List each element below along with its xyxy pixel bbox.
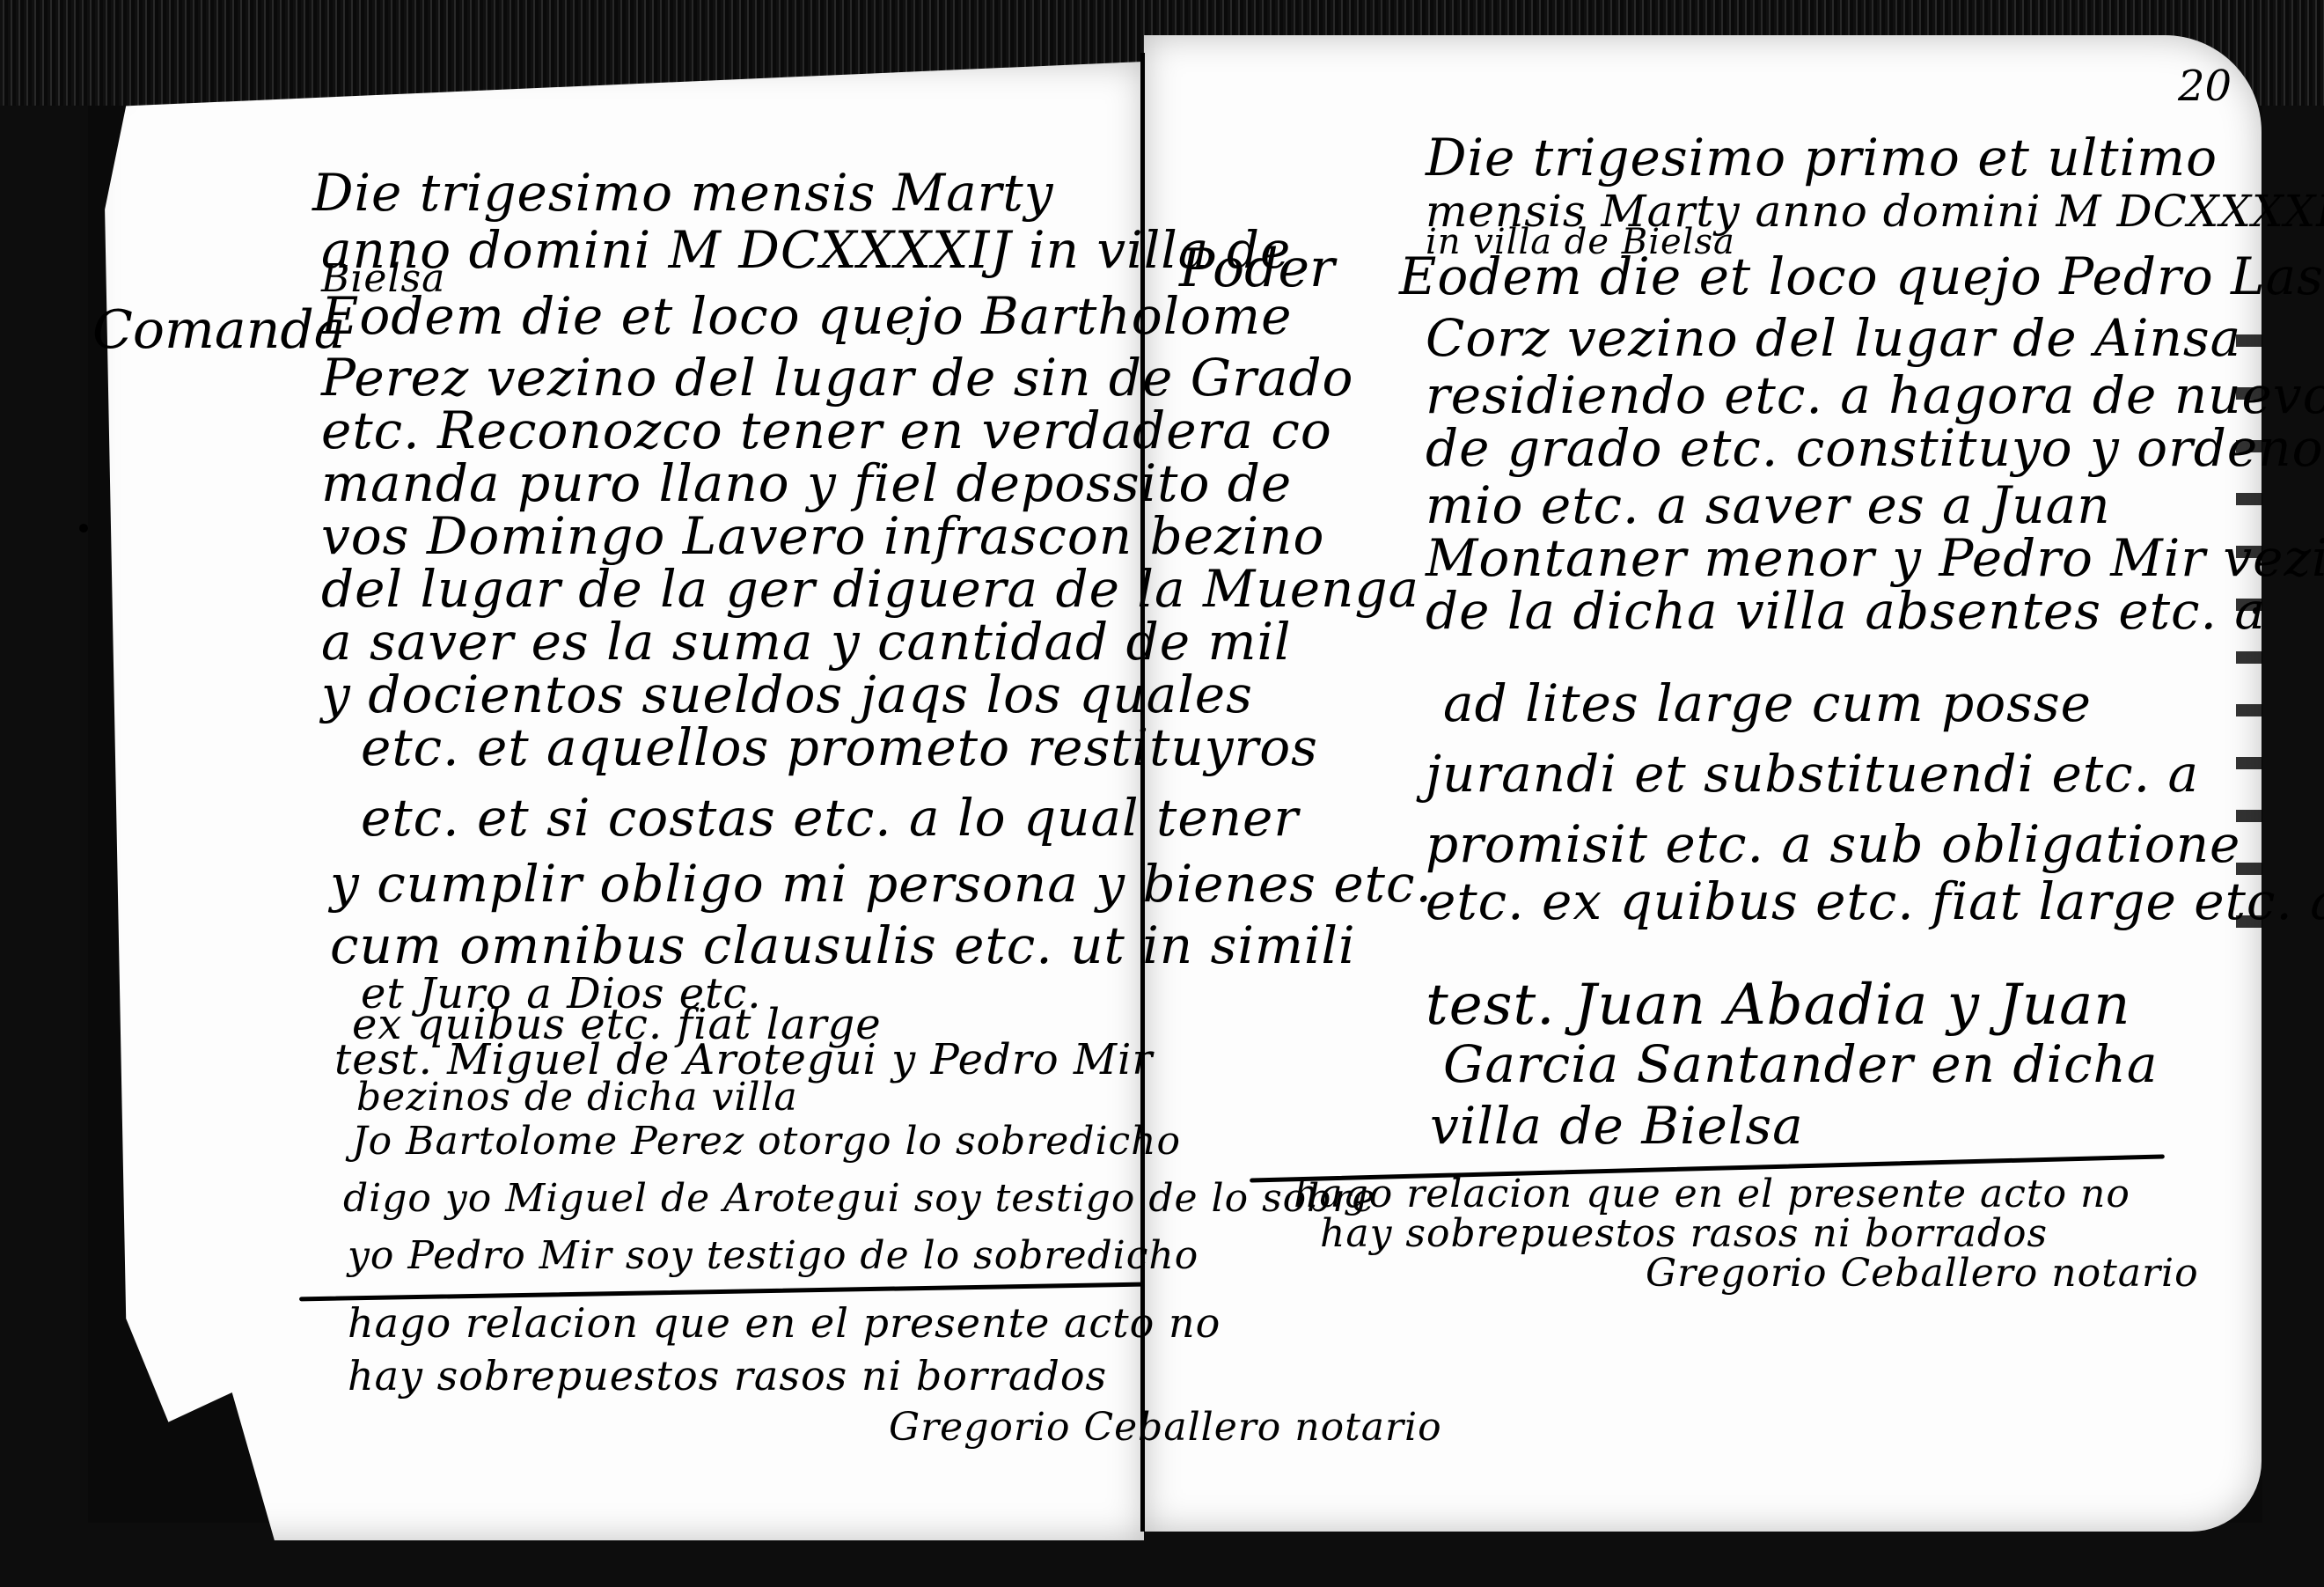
notary-signature: Gregorio Ceballero notario	[889, 1408, 1442, 1447]
text-line: Die trigesimo mensis Marty	[312, 167, 1053, 218]
text-line: etc. ex quibus etc. fiat large etc. a	[1426, 876, 2324, 927]
text-line: promisit etc. a sub obligatione	[1426, 819, 2240, 870]
text-line: de grado etc. constituyo y ordeno	[1426, 422, 2324, 474]
text-line: yo Pedro Mir soy testigo de lo sobredich…	[348, 1237, 1199, 1275]
text-line: Montaner menor y Pedro Mir vezino	[1426, 533, 2324, 584]
notary-signature: Gregorio Ceballero notario	[1646, 1254, 2199, 1293]
text-line: etc. et aquellos prometo restituyros	[361, 722, 1318, 773]
text-line: Eodem die et loco quejo Bartholome	[321, 290, 1292, 342]
text-line: hago relacion que en el presente acto no	[348, 1303, 1221, 1343]
left-margin-label: Comanda	[92, 299, 346, 361]
text-line: Eodem die et loco quejo Pedro Las	[1399, 251, 2324, 302]
folio-number: 20	[2178, 62, 2232, 111]
text-line: vos Domingo Lavero infrascon bezino	[321, 511, 1324, 562]
text-line: hay sobrepuestos rasos ni borrados	[348, 1356, 1107, 1396]
text-line: Garcia Santander en dicha	[1443, 1039, 2158, 1090]
scan-border-left	[0, 0, 88, 1587]
right-margin-label: Poder	[1179, 238, 1335, 299]
text-line: test. Juan Abadia y Juan	[1426, 977, 2130, 1033]
text-line: mio etc. a saver es a Juan	[1426, 480, 2111, 531]
text-line: Die trigesimo primo et ultimo	[1426, 132, 2218, 183]
text-line: a saver es la suma y cantidad de mil	[321, 616, 1292, 667]
text-line: y cumplir obligo mi persona y bienes etc…	[330, 858, 1433, 909]
text-line: de la dicha villa absentes etc. a	[1426, 585, 2266, 636]
text-line: cum omnibus clausulis etc. ut in simili	[330, 920, 1356, 971]
text-line: hay sobrepuestos rasos ni borrados	[1320, 1215, 2048, 1253]
text-line: Perez vezino del lugar de sin de Grado	[321, 352, 1353, 403]
text-line: etc. Reconozco tener en verdadera co	[321, 405, 1332, 456]
text-line: Corz vezino del lugar de Ainsa	[1426, 312, 2241, 364]
scan-border-right	[2262, 0, 2324, 1587]
text-line: y docientos sueldos jaqs los quales	[321, 669, 1253, 720]
scan-speck	[2253, 607, 2260, 614]
text-line: jurandi et substituendi etc. a	[1426, 748, 2199, 799]
text-line: manda puro llano y fiel depossito de	[321, 458, 1292, 509]
text-line: ad lites large cum posse	[1443, 678, 2092, 729]
text-line: del lugar de la ger diguera de la Muenga	[321, 563, 1419, 614]
text-line: etc. et si costas etc. a lo qual tener	[361, 792, 1299, 843]
text-line: digo yo Miguel de Arotegui soy testigo d…	[343, 1179, 1375, 1218]
text-line: hago relacion que en el presente acto no	[1294, 1175, 2130, 1214]
text-line: Jo Bartolome Perez otorgo lo sobredicho	[352, 1122, 1181, 1161]
text-line: villa de Bielsa	[1430, 1100, 1804, 1151]
scan-speck	[79, 524, 88, 533]
text-line: residiendo etc. a hagora de nuevo	[1426, 370, 2324, 421]
text-line: bezinos de dicha villa	[356, 1078, 798, 1117]
text-line: anno domini M DCXXXXIJ in villa de	[321, 224, 1291, 276]
